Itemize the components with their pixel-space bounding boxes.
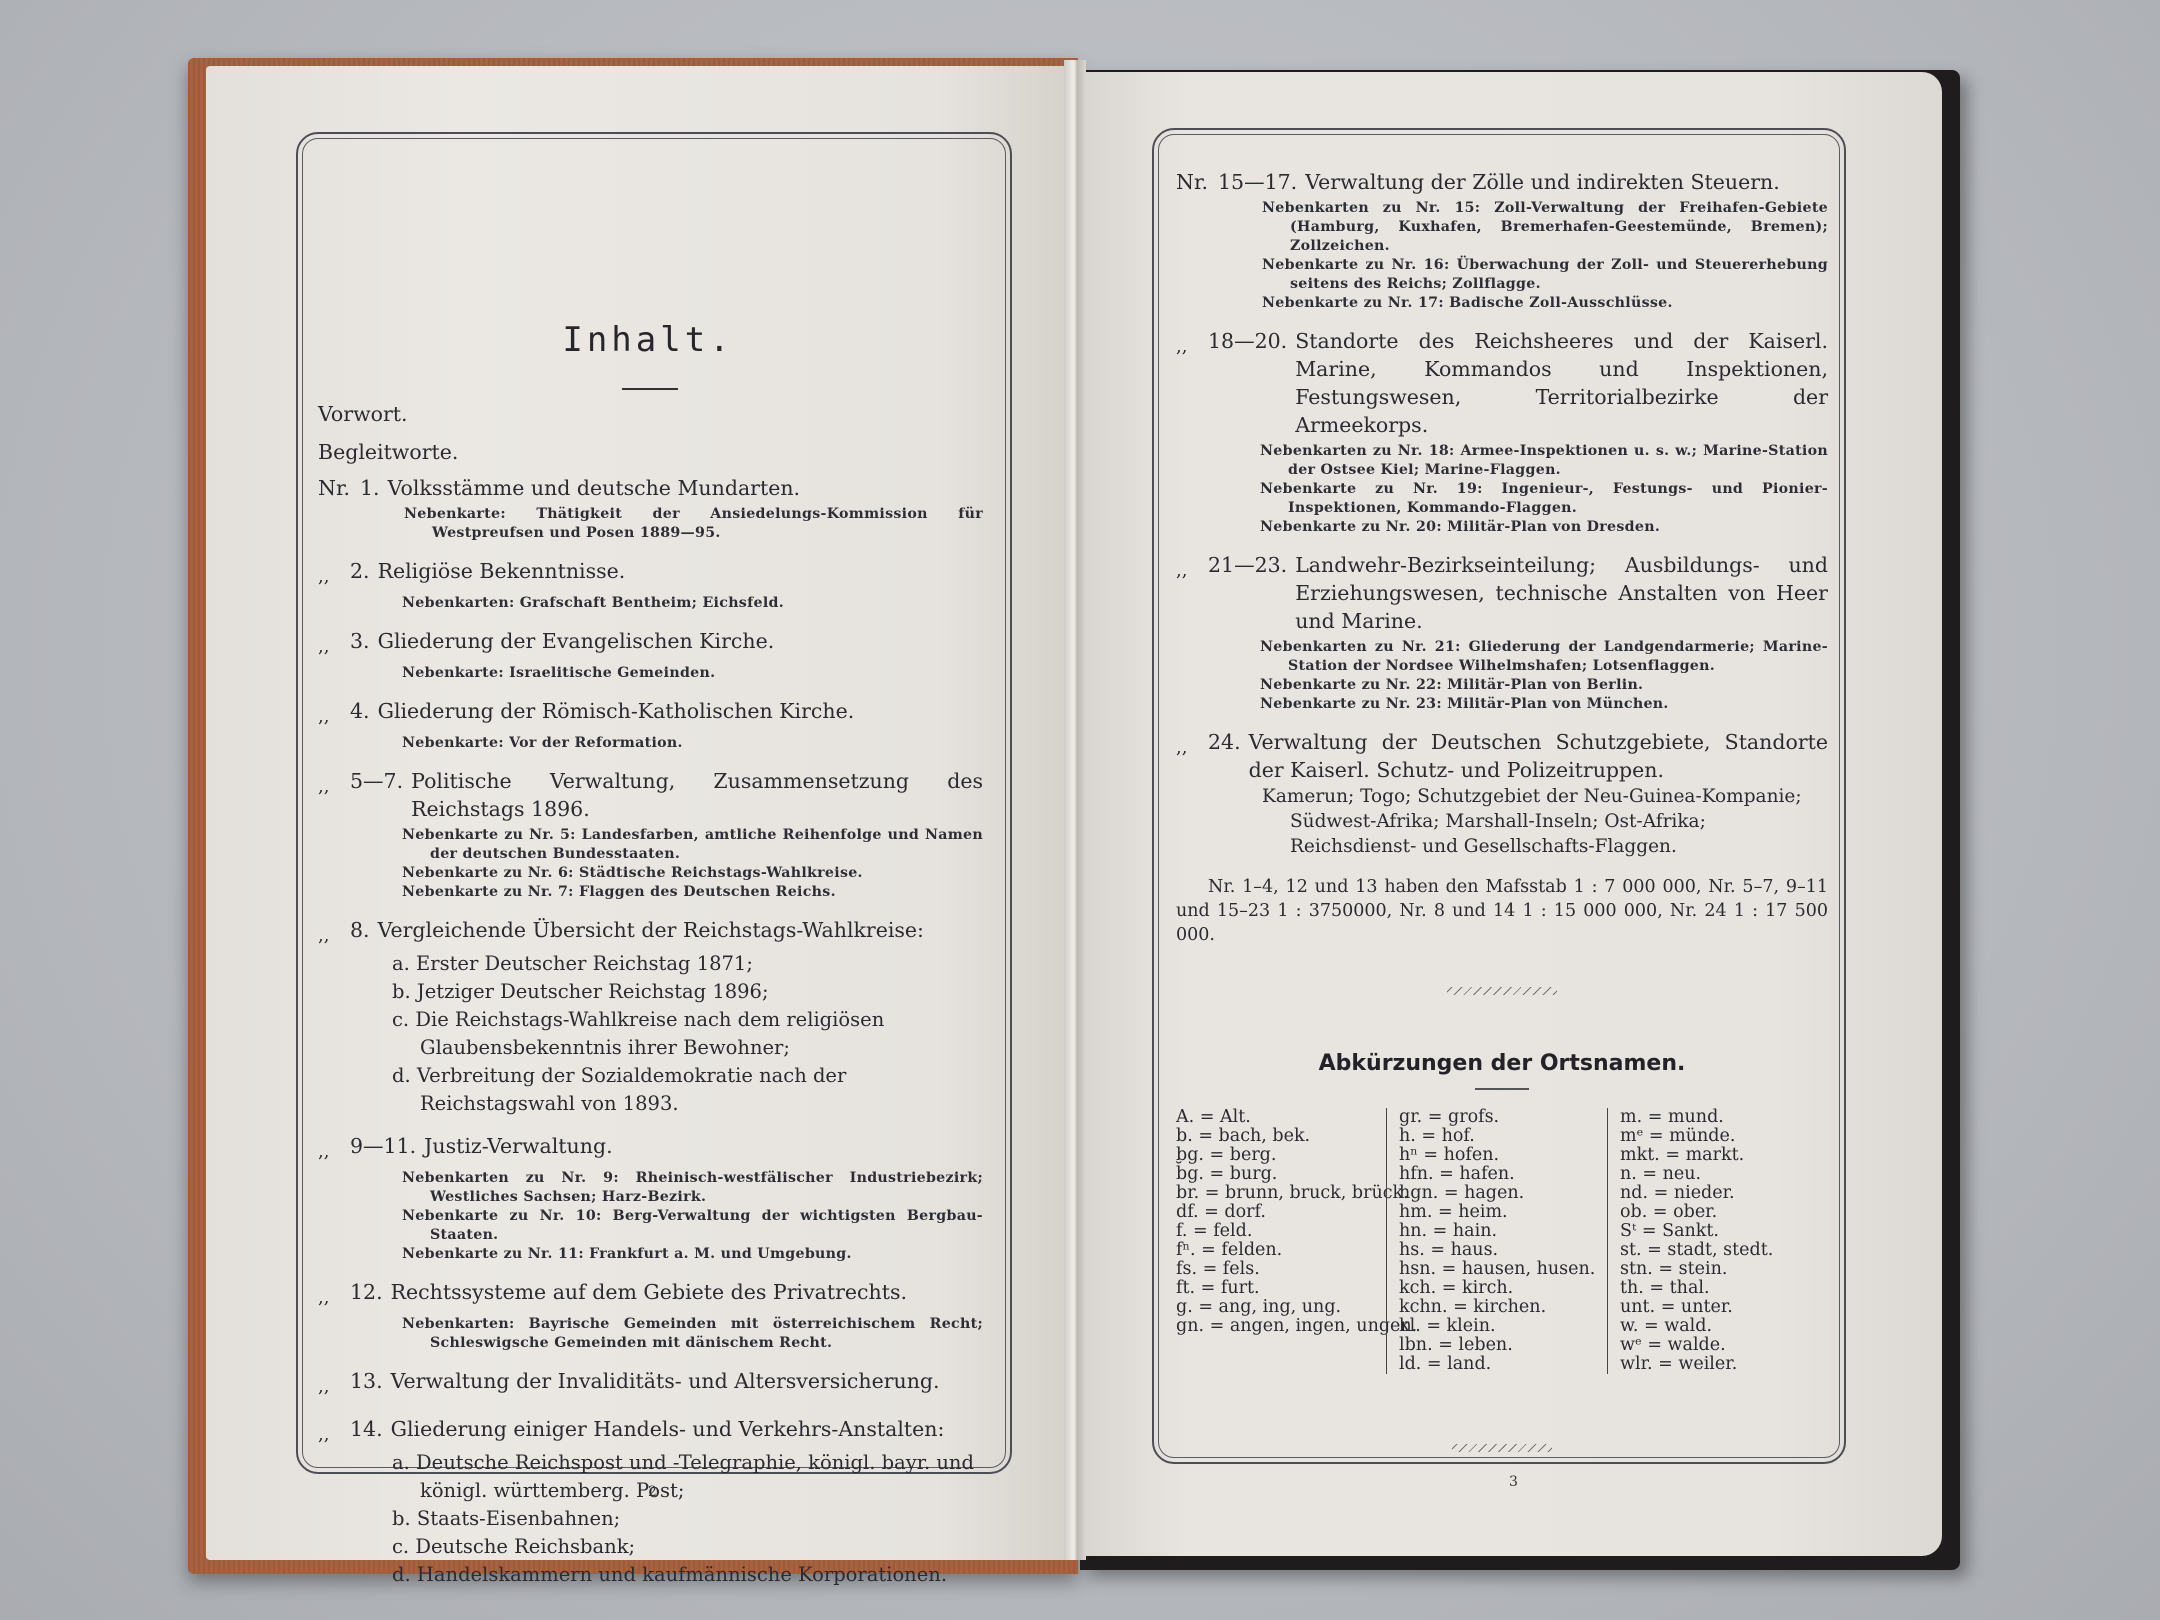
- toc-entry-title: Vergleichende Übersicht der Reichstags-W…: [378, 916, 983, 950]
- toc-entry-nebenkarte: Nebenkarte zu Nr. 22: Militär-Plan von B…: [1260, 676, 1828, 695]
- toc-entry-prefix: ,,: [1176, 551, 1208, 635]
- toc-entry-nebenkarte: Nebenkarten zu Nr. 18: Armee-Inspektione…: [1260, 442, 1828, 480]
- toc-entry-title: Volksstämme und deutsche Mundarten.: [388, 474, 983, 502]
- toc-entry-heading: Nr.15—17.Verwaltung der Zölle und indire…: [1176, 168, 1828, 196]
- abbreviation-entry: mᵉ = münde.: [1620, 1127, 1820, 1146]
- toc-entry-prefix: ,,: [318, 1132, 350, 1166]
- toc-entry: ,,8.Vergleichende Übersicht der Reichsta…: [318, 916, 983, 1118]
- abbreviation-entry: gr. = grofs.: [1399, 1108, 1607, 1127]
- abbreviations-table: A. = Alt.b. = bach, bek.bg. = berg.b̆g. …: [1176, 1108, 1828, 1374]
- toc-entry: ,,21—23.Landwehr-Bezirkseinteilung; Ausb…: [1176, 551, 1828, 714]
- page-number-right: 3: [1509, 1474, 1518, 1490]
- toc-entry-nebenkarte: Nebenkarte zu Nr. 6: Städtische Reichsta…: [402, 864, 983, 883]
- abbreviation-entry: br. = brunn, bruck, brück.: [1176, 1184, 1386, 1203]
- abbreviation-entry: ft. = furt.: [1176, 1279, 1386, 1298]
- toc-entry-nebenkarte: Nebenkarte zu Nr. 20: Militär-Plan von D…: [1260, 518, 1828, 537]
- toc-entry-number: 4.: [350, 697, 378, 731]
- toc-entry-heading: ,,2.Religiöse Bekenntnisse.: [318, 557, 983, 591]
- toc-entry: ,,13.Verwaltung der Invaliditäts- und Al…: [318, 1367, 983, 1401]
- abbreviation-entry: kchn. = kirchen.: [1399, 1298, 1607, 1317]
- toc-entries-right: Nr.15—17.Verwaltung der Zölle und indire…: [1176, 168, 1828, 859]
- abbreviation-entry: n. = neu.: [1620, 1165, 1820, 1184]
- toc-entry-title: Verwaltung der Deutschen Schutzgebiete, …: [1249, 728, 1828, 784]
- toc-entry-title: Verwaltung der Zölle und indirekten Steu…: [1305, 168, 1828, 196]
- toc-entry-subitem: b. Jetziger Deutscher Reichstag 1896;: [392, 978, 983, 1006]
- toc-entry-subitem: c. Die Reichstags-Wahlkreise nach dem re…: [392, 1006, 983, 1062]
- toc-entry-title: Gliederung der Römisch-Katholischen Kirc…: [378, 697, 983, 731]
- toc-entry-title: Gliederung der Evangelischen Kirche.: [378, 627, 983, 661]
- toc-entry-prefix: ,,: [318, 916, 350, 950]
- abbreviation-entry: g. = ang, ing, ung.: [1176, 1298, 1386, 1317]
- abbreviation-entry: unt. = unter.: [1620, 1298, 1820, 1317]
- abbreviation-entry: hs. = haus.: [1399, 1241, 1607, 1260]
- toc-entry-number: 3.: [350, 627, 378, 661]
- toc-entry-number: 8.: [350, 916, 378, 950]
- toc-entry-number: 21—23.: [1208, 551, 1295, 635]
- toc-entry: ,,4.Gliederung der Römisch-Katholischen …: [318, 697, 983, 753]
- toc-entry: ,,5—7.Politische Verwaltung, Zusammenset…: [318, 767, 983, 902]
- toc-entry-number: 1.: [360, 474, 388, 502]
- abbreviations-column-2: gr. = grofs.h. = hof.hⁿ = hofen.hfn. = h…: [1386, 1108, 1607, 1374]
- abbreviation-entry: m. = mund.: [1620, 1108, 1820, 1127]
- toc-entry-nebenkarte: Nebenkarte zu Nr. 5: Landesfarben, amtli…: [402, 826, 983, 864]
- abbreviation-entry: A. = Alt.: [1176, 1108, 1386, 1127]
- toc-entry: ,,18—20.Standorte des Reichsheeres und d…: [1176, 327, 1828, 537]
- abbreviation-entry: st. = stadt, stedt.: [1620, 1241, 1820, 1260]
- front-matter-vorwort: Vorwort.: [318, 400, 983, 428]
- abbreviation-entry: mkt. = markt.: [1620, 1146, 1820, 1165]
- toc-entry-prefix: Nr.: [1176, 168, 1218, 196]
- abbreviation-entry: Sᵗ = Sankt.: [1620, 1222, 1820, 1241]
- abbreviation-entry: wᵉ = walde.: [1620, 1336, 1820, 1355]
- toc-entry-prefix: ,,: [318, 1415, 350, 1449]
- abbreviation-entry: hsn. = hausen, husen.: [1399, 1260, 1607, 1279]
- toc-entry: ,,9—11.Justiz-Verwaltung.Nebenkarten zu …: [318, 1132, 983, 1264]
- ornament-divider: [1447, 987, 1557, 995]
- abbreviation-entry: b. = bach, bek.: [1176, 1127, 1386, 1146]
- toc-entry-title: Landwehr-Bezirkseinteilung; Ausbildungs-…: [1295, 551, 1828, 635]
- title-divider: [622, 388, 678, 390]
- abbreviation-entry: df. = dorf.: [1176, 1203, 1386, 1222]
- toc-entry-title: Gliederung einiger Handels- und Verkehrs…: [391, 1415, 983, 1449]
- toc-entry-prefix: ,,: [318, 697, 350, 731]
- toc-entry-title: Justiz-Verwaltung.: [424, 1132, 983, 1166]
- abbreviation-entry: kl. = klein.: [1399, 1317, 1607, 1336]
- toc-entry-nebenkarte: Nebenkarte zu Nr. 10: Berg-Verwaltung de…: [402, 1207, 983, 1245]
- toc-entry-nebenkarte: Nebenkarten: Bayrische Gemeinden mit öst…: [402, 1315, 983, 1353]
- toc-entry-prefix: ,,: [318, 1278, 350, 1312]
- abbreviation-entry: lbn. = leben.: [1399, 1336, 1607, 1355]
- toc-entry-number: 9—11.: [350, 1132, 424, 1166]
- toc-entry-nebenkarte: Nebenkarte zu Nr. 19: Ingenieur-, Festun…: [1260, 480, 1828, 518]
- toc-entry-detail: Kamerun; Togo; Schutzgebiet der Neu-Guin…: [1262, 784, 1828, 859]
- toc-entry: Nr.15—17.Verwaltung der Zölle und indire…: [1176, 168, 1828, 313]
- toc-entry-prefix: ,,: [318, 767, 350, 823]
- toc-entry-nebenkarte: Nebenkarten: Grafschaft Bentheim; Eichsf…: [402, 594, 983, 613]
- abbreviation-entry: ld. = land.: [1399, 1355, 1607, 1374]
- toc-entry-nebenkarte: Nebenkarte zu Nr. 23: Militär-Plan von M…: [1260, 695, 1828, 714]
- abbreviations-column-3: m. = mund.mᵉ = münde.mkt. = markt.n. = n…: [1607, 1108, 1820, 1374]
- toc-entry-nebenkarte: Nebenkarten zu Nr. 21: Gliederung der La…: [1260, 638, 1828, 676]
- abbreviation-entry: kch. = kirch.: [1399, 1279, 1607, 1298]
- toc-entry-heading: ,,18—20.Standorte des Reichsheeres und d…: [1176, 327, 1828, 439]
- toc-entry-subitem: a. Deutsche Reichspost und -Telegraphie,…: [392, 1449, 983, 1505]
- abbreviations-column-1: A. = Alt.b. = bach, bek.bg. = berg.b̆g. …: [1176, 1108, 1386, 1374]
- page-number-left: 2: [648, 1484, 657, 1500]
- toc-entry: ,,12.Rechtssysteme auf dem Gebiete des P…: [318, 1278, 983, 1353]
- toc-entry-heading: ,,21—23.Landwehr-Bezirkseinteilung; Ausb…: [1176, 551, 1828, 635]
- toc-entry: ,,14.Gliederung einiger Handels- und Ver…: [318, 1415, 983, 1589]
- abbreviation-entry: wlr. = weiler.: [1620, 1355, 1820, 1374]
- toc-entry-heading: ,,4.Gliederung der Römisch-Katholischen …: [318, 697, 983, 731]
- toc-entry-number: 12.: [350, 1278, 391, 1312]
- toc-entry-number: 24.: [1208, 728, 1249, 784]
- toc-entry-nebenkarte: Nebenkarte zu Nr. 7: Flaggen des Deutsch…: [402, 883, 983, 902]
- toc-entry-subitem: b. Staats-Eisenbahnen;: [392, 1505, 983, 1533]
- toc-entry-nebenkarte: Nebenkarte zu Nr. 11: Frankfurt a. M. un…: [402, 1245, 983, 1264]
- toc-entry-number: 15—17.: [1218, 168, 1305, 196]
- toc-entry-title: Rechtssysteme auf dem Gebiete des Privat…: [391, 1278, 983, 1312]
- toc-entry: ,,24.Verwaltung der Deutschen Schutzgebi…: [1176, 728, 1828, 859]
- toc-entry-number: 14.: [350, 1415, 391, 1449]
- abbreviation-entry: w. = wald.: [1620, 1317, 1820, 1336]
- toc-entry: ,,3.Gliederung der Evangelischen Kirche.…: [318, 627, 983, 683]
- toc-entry-prefix: ,,: [318, 627, 350, 661]
- abbreviation-entry: f. = feld.: [1176, 1222, 1386, 1241]
- book-gutter: [1064, 60, 1086, 1560]
- toc-entry-nebenkarte: Nebenkarten zu Nr. 9: Rheinisch-westfäli…: [402, 1169, 983, 1207]
- toc-entry-title: Religiöse Bekenntnisse.: [378, 557, 983, 591]
- toc-left-content: Vorwort. Begleitworte. Nr.1.Volksstämme …: [318, 400, 983, 1589]
- toc-entry-heading: ,,13.Verwaltung der Invaliditäts- und Al…: [318, 1367, 983, 1401]
- toc-entry-number: 18—20.: [1208, 327, 1295, 439]
- toc-entry-nebenkarte: Nebenkarte: Vor der Reformation.: [402, 734, 983, 753]
- abbreviations-title-rule: [1475, 1088, 1529, 1090]
- abbreviation-entry: stn. = stein.: [1620, 1260, 1820, 1279]
- toc-entry-subitem: a. Erster Deutscher Reichstag 1871;: [392, 950, 983, 978]
- toc-entry: Nr.1.Volksstämme und deutsche Mundarten.…: [318, 474, 983, 543]
- toc-entry-heading: ,,14.Gliederung einiger Handels- und Ver…: [318, 1415, 983, 1449]
- toc-right-content: Nr.15—17.Verwaltung der Zölle und indire…: [1176, 168, 1828, 1452]
- toc-entry-heading: ,,8.Vergleichende Übersicht der Reichsta…: [318, 916, 983, 950]
- abbreviation-entry: th. = thal.: [1620, 1279, 1820, 1298]
- toc-entry-prefix: Nr.: [318, 474, 360, 502]
- abbreviation-entry: gn. = angen, ingen, ungen.: [1176, 1317, 1386, 1336]
- abbreviation-entry: bg. = berg.: [1176, 1146, 1386, 1165]
- toc-entry-heading: ,,12.Rechtssysteme auf dem Gebiete des P…: [318, 1278, 983, 1312]
- abbreviation-entry: hfn. = hafen.: [1399, 1165, 1607, 1184]
- toc-entry: ,,2.Religiöse Bekenntnisse.Nebenkarten: …: [318, 557, 983, 613]
- ornament-divider-bottom: [1452, 1444, 1552, 1452]
- toc-entry-heading: ,,24.Verwaltung der Deutschen Schutzgebi…: [1176, 728, 1828, 784]
- toc-entry-subitem: d. Handelskammern und kaufmännische Korp…: [392, 1561, 983, 1589]
- abbreviation-entry: fⁿ. = felden.: [1176, 1241, 1386, 1260]
- toc-entry-subitem: d. Verbreitung der Sozialdemokratie nach…: [392, 1062, 983, 1118]
- abbreviation-entry: hm. = heim.: [1399, 1203, 1607, 1222]
- toc-entry-title: Politische Verwaltung, Zusammensetzung d…: [411, 767, 983, 823]
- toc-entry-prefix: ,,: [1176, 728, 1208, 784]
- toc-entry-nebenkarte: Nebenkarten zu Nr. 15: Zoll-Verwaltung d…: [1262, 199, 1828, 256]
- abbreviations-title: Abkürzungen der Ortsnamen.: [1176, 1051, 1828, 1076]
- toc-entry-number: 5—7.: [350, 767, 411, 823]
- toc-entry-heading: ,,9—11.Justiz-Verwaltung.: [318, 1132, 983, 1166]
- abbreviation-entry: hn. = hain.: [1399, 1222, 1607, 1241]
- toc-entry-prefix: ,,: [318, 1367, 350, 1401]
- toc-entry-prefix: ,,: [318, 557, 350, 591]
- toc-entry-number: 2.: [350, 557, 378, 591]
- abbreviation-entry: nd. = nieder.: [1620, 1184, 1820, 1203]
- toc-entry-nebenkarte: Nebenkarte zu Nr. 16: Überwachung der Zo…: [1262, 256, 1828, 294]
- front-matter-begleitworte: Begleitworte.: [318, 438, 983, 466]
- toc-entry-nebenkarte: Nebenkarte zu Nr. 17: Badische Zoll-Auss…: [1262, 294, 1828, 313]
- abbreviation-entry: hⁿ = hofen.: [1399, 1146, 1607, 1165]
- toc-entry-heading: Nr.1.Volksstämme und deutsche Mundarten.: [318, 474, 983, 502]
- toc-entry-title: Verwaltung der Invaliditäts- und Altersv…: [391, 1367, 983, 1401]
- abbreviation-entry: b̆g. = burg.: [1176, 1165, 1386, 1184]
- toc-title: Inhalt.: [318, 320, 978, 360]
- toc-entry-number: 13.: [350, 1367, 391, 1401]
- toc-entry-nebenkarte: Nebenkarte: Israelitische Gemeinden.: [402, 664, 983, 683]
- toc-entries-left: Nr.1.Volksstämme und deutsche Mundarten.…: [318, 474, 983, 1589]
- abbreviation-entry: ob. = ober.: [1620, 1203, 1820, 1222]
- abbreviation-entry: hgn. = hagen.: [1399, 1184, 1607, 1203]
- toc-entry-heading: ,,3.Gliederung der Evangelischen Kirche.: [318, 627, 983, 661]
- abbreviation-entry: h. = hof.: [1399, 1127, 1607, 1146]
- scale-note: Nr. 1–4, 12 und 13 haben den Mafsstab 1 …: [1176, 875, 1828, 947]
- toc-entry-prefix: ,,: [1176, 327, 1208, 439]
- abbreviation-entry: fs. = fels.: [1176, 1260, 1386, 1279]
- toc-entry-heading: ,,5—7.Politische Verwaltung, Zusammenset…: [318, 767, 983, 823]
- toc-entry-nebenkarte: Nebenkarte: Thätigkeit der Ansiedelungs-…: [404, 505, 983, 543]
- toc-entry-subitem: c. Deutsche Reichsbank;: [392, 1533, 983, 1561]
- toc-entry-title: Standorte des Reichsheeres und der Kaise…: [1295, 327, 1828, 439]
